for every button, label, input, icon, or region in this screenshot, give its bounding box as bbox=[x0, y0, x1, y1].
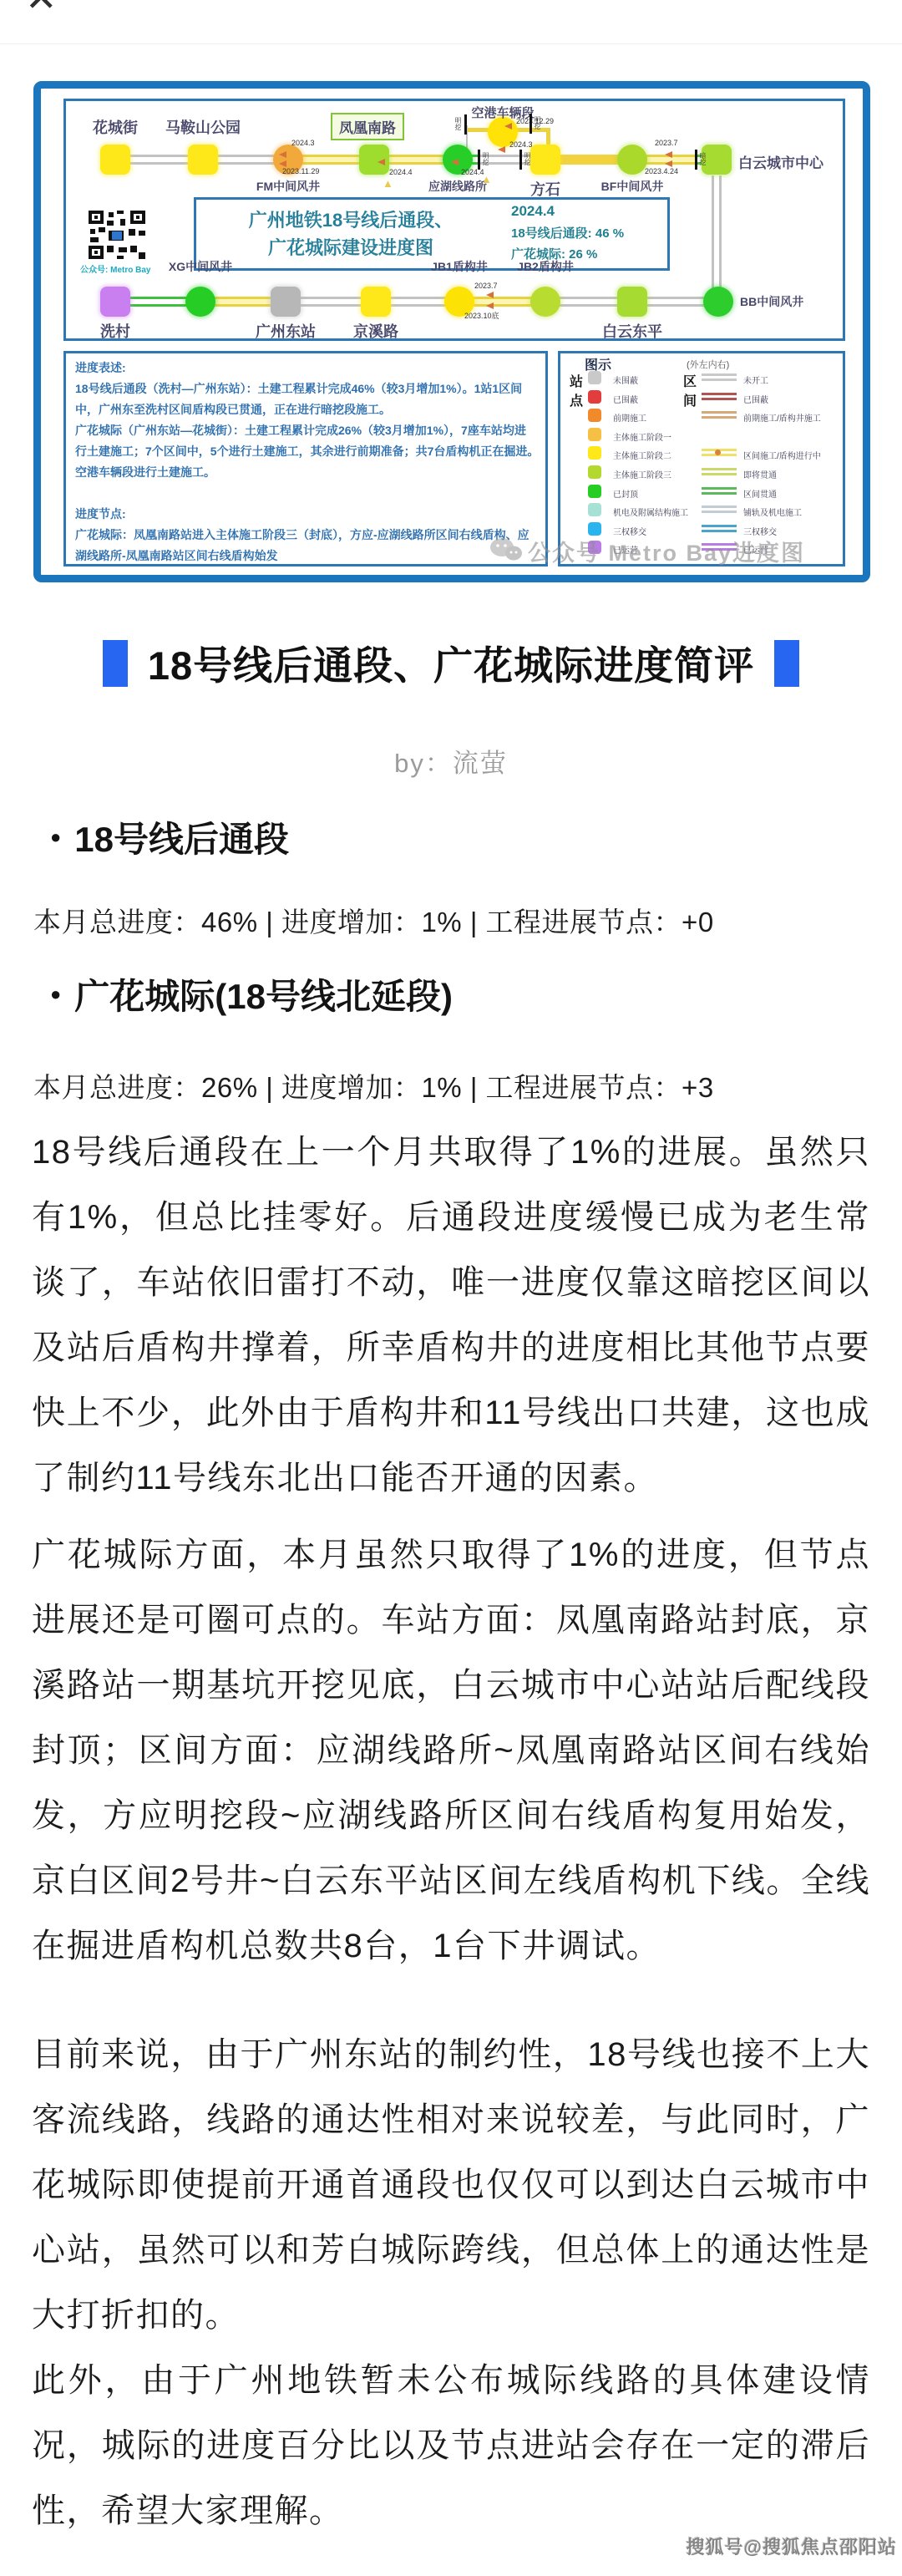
warning-triangle-icon: ▲ bbox=[383, 178, 393, 189]
station-node bbox=[617, 287, 647, 317]
station-label: 京溪路 bbox=[301, 320, 451, 342]
close-icon[interactable]: ✕ bbox=[25, 0, 58, 20]
progress-text-line: 广花城际（广州东站—花城街）：土建工程累计完成26%（较3月增加1%），7座车站… bbox=[75, 420, 536, 441]
station-node bbox=[188, 145, 218, 175]
progress-arrow-icon bbox=[665, 160, 672, 167]
progress-arrow-icon bbox=[279, 160, 286, 167]
legend-section-label: 铺轨及机电施工 bbox=[743, 506, 802, 518]
legend-section-group-label: 间 bbox=[683, 390, 697, 409]
legend-station-group-label: 点 bbox=[570, 390, 583, 409]
legend-station-swatch bbox=[588, 371, 601, 384]
legend-section-label: 已围蔽 bbox=[743, 393, 768, 405]
station-label: 白云城市中心 bbox=[738, 151, 823, 172]
station-node bbox=[185, 287, 215, 317]
legend-section-label: 未开工 bbox=[743, 373, 768, 386]
legend-station-label: 已封顶 bbox=[613, 487, 638, 500]
date-label: 2023.10底 bbox=[464, 310, 499, 321]
progress-arrow-icon bbox=[504, 123, 512, 130]
tick-mark bbox=[519, 150, 522, 170]
article-title: 18号线后通段、广花城际进度简评 bbox=[148, 635, 754, 691]
article-paragraph-1: 18号线后通段在上一个月共取得了1%的进展。虽然只有1%，但总比挂零好。后通段进… bbox=[32, 1120, 870, 1511]
legend-station-swatch bbox=[588, 390, 601, 404]
station-label: 马鞍山公园 bbox=[128, 116, 278, 138]
title-left-bar bbox=[103, 640, 128, 687]
progress-arrow-icon bbox=[378, 159, 385, 165]
progress-text-line: 行土建施工；7个区间中，5个进行土建施工，其余进行前期准备；共7台盾构机正在掘进… bbox=[75, 441, 536, 462]
progress-text-line: 湖线路所-凤凰南路站区间右线盾构始发 bbox=[75, 546, 536, 567]
legend-section-swatch bbox=[702, 506, 737, 513]
date-label: 2023.7 bbox=[474, 282, 498, 290]
station-label: 洗村 bbox=[40, 320, 190, 342]
legend-section-swatch bbox=[702, 393, 737, 400]
wechat-icon bbox=[489, 536, 523, 563]
tick-label: 明挖 bbox=[454, 117, 461, 130]
legend-station-swatch bbox=[588, 503, 601, 516]
article-paragraph-3: 目前来说，由于广州东站的制约性，18号线也接不上大客流线路，线路的通达性相对来说… bbox=[32, 2022, 870, 2348]
progress-description-text: 进度表述:18号线后通段（洗村—广州东站）：土建工程累计完成46%（较3月增加1… bbox=[75, 358, 536, 567]
progress-arrow-icon bbox=[486, 292, 494, 298]
legend-station-label: 主体施工阶段三 bbox=[613, 468, 671, 480]
stats-line18: 本月总进度：46% | 进度增加：1% | 工程进展节点：+0 bbox=[33, 901, 714, 940]
date-label: 2023.4.24 bbox=[645, 167, 678, 175]
date-label: 2023.7 bbox=[655, 139, 678, 147]
legend-station-label: 机电及附属结构施工 bbox=[613, 506, 688, 518]
legend-section-group-label: 区 bbox=[683, 371, 697, 390]
article-title-row: 18号线后通段、广花城际进度简评 bbox=[0, 635, 902, 691]
date-label: 2024.4 bbox=[389, 168, 413, 176]
date-label: 2024.3 bbox=[291, 139, 315, 147]
warning-triangle-icon: ▲ bbox=[481, 174, 492, 185]
legend-section-swatch bbox=[702, 487, 737, 495]
progress-arrow-icon bbox=[486, 302, 494, 309]
station-label: BB中间风井 bbox=[740, 293, 803, 310]
legend-section-swatch bbox=[702, 525, 737, 532]
legend-station-swatch bbox=[588, 446, 601, 460]
progress-arrow-icon bbox=[279, 151, 286, 158]
station-node bbox=[100, 145, 130, 175]
legend-section-label: 前期施工/盾构井施工 bbox=[743, 411, 821, 424]
station-label: 空港车辆段 bbox=[428, 104, 578, 121]
diagram-date: 2024.4 bbox=[511, 203, 555, 220]
tick-label: 明挖 bbox=[482, 152, 489, 165]
tick-label: 明挖 bbox=[534, 116, 540, 130]
station-label: BF中间风井 bbox=[557, 178, 707, 195]
tick-label: 明挖 bbox=[524, 152, 530, 165]
station-node bbox=[271, 287, 301, 317]
section-heading-guanghua: ● 广花城际(18号线北延段) bbox=[50, 969, 453, 1019]
station-node bbox=[100, 287, 130, 317]
progress-text-line: 进度节点: bbox=[75, 504, 536, 525]
progress-text-line bbox=[75, 483, 536, 504]
stats-guanghua: 本月总进度：26% | 进度增加：1% | 工程进展节点：+3 bbox=[33, 1066, 714, 1105]
tick-label: 暗挖 bbox=[699, 152, 706, 165]
bullet-icon: ● bbox=[50, 983, 61, 1005]
article-paragraph-2: 广花城际方面，本月虽然只取得了1%的进度，但节点进展还是可圈可点的。车站方面：凤… bbox=[32, 1522, 870, 1979]
station-label: FM中间风井 bbox=[213, 178, 363, 195]
legend-section-swatch bbox=[702, 411, 737, 419]
diagram-title-line2: 广花城际建设进度图 bbox=[210, 234, 491, 260]
legend-section-label: 区间贯通 bbox=[743, 487, 777, 500]
legend-section-swatch bbox=[702, 449, 737, 456]
title-right-bar bbox=[774, 640, 799, 687]
bullet-icon: ● bbox=[50, 826, 61, 848]
tick-mark bbox=[530, 114, 532, 134]
legend-station-label: 前期施工 bbox=[613, 411, 646, 424]
legend-station-label: 主体施工阶段二 bbox=[613, 449, 671, 461]
legend-station-group-label: 站 bbox=[570, 371, 583, 390]
progress-text-line: 空港车辆段进行土建施工。 bbox=[75, 462, 536, 483]
station-label: JB2盾构井 bbox=[470, 258, 621, 275]
station-label: XG中间风井 bbox=[125, 258, 276, 275]
station-node bbox=[361, 287, 391, 317]
legend-station-swatch bbox=[588, 465, 601, 479]
section-heading-line18: ● 18号线后通段 bbox=[50, 812, 289, 862]
divider bbox=[0, 43, 902, 44]
progress-text-line: 中，广州东至洗村区间盾构段已贯通，正在进行暗挖段施工。 bbox=[75, 399, 536, 420]
progress-arrow-icon bbox=[498, 146, 505, 153]
station-node bbox=[617, 145, 647, 175]
legend-station-swatch bbox=[588, 522, 601, 536]
progress-text-line: 18号线后通段（洗村—广州东站）：土建工程累计完成46%（较3月增加1%）。1站… bbox=[75, 379, 536, 399]
legend-station-swatch bbox=[588, 485, 601, 498]
sohu-watermark: 搜狐号@搜狐焦点邵阳站 bbox=[687, 2533, 897, 2559]
shield-dot-icon bbox=[715, 450, 721, 455]
diagram-title-line1: 广州地铁18号线后通段、 bbox=[210, 206, 491, 232]
diagram-watermark: 公众号 Metro Bay进度图 bbox=[528, 535, 805, 567]
date-label: 2024.3 bbox=[509, 140, 533, 149]
legend-section-swatch bbox=[702, 468, 737, 475]
legend-station-swatch bbox=[588, 409, 601, 422]
legend-section-swatch bbox=[702, 373, 737, 381]
station-node bbox=[530, 287, 560, 317]
legend-station-label: 已围蔽 bbox=[613, 393, 638, 405]
station-node bbox=[530, 145, 560, 175]
legend-section-label: 即将贯通 bbox=[743, 468, 777, 480]
station-label: 白云东平 bbox=[557, 320, 707, 342]
tick-mark bbox=[478, 150, 480, 170]
date-label: 2023.11.29 bbox=[282, 167, 319, 175]
diagram-stat-line18: 18号线后通段: 46 % bbox=[511, 224, 624, 241]
legend-note: (外左内右) bbox=[687, 358, 729, 371]
legend-station-label: 未围蔽 bbox=[613, 373, 638, 386]
qr-code bbox=[87, 209, 147, 261]
legend-station-label: 主体施工阶段一 bbox=[613, 430, 671, 443]
legend-station-swatch bbox=[588, 428, 601, 441]
branch-line bbox=[516, 128, 550, 132]
page: ✕ 公众号: Metro Bay 广州地铁18号线后通段、 广花城际建设进度图 bbox=[0, 0, 902, 2576]
station-label-boxed: 凤凰南路 bbox=[331, 113, 404, 140]
track-segment-vertical bbox=[712, 175, 722, 294]
progress-arrow-icon bbox=[451, 159, 459, 165]
tick-mark bbox=[695, 150, 697, 170]
progress-text-line: 进度表述: bbox=[75, 358, 536, 379]
station-node bbox=[703, 287, 733, 317]
progress-arrow-icon bbox=[665, 151, 672, 158]
article-paragraph-4: 此外，由于广州地铁暂未公布城际线路的具体建设情况，城际的进度百分比以及节点进站会… bbox=[32, 2348, 870, 2543]
tick-mark bbox=[464, 114, 467, 135]
legend-section-label: 区间施工/盾构进行中 bbox=[743, 449, 821, 461]
progress-text-line: 广花城际：凤凰南路站进入主体施工阶段三（封底），方应-应湖线路所区间右线盾构、应 bbox=[75, 525, 536, 546]
byline: by：流萤 bbox=[0, 742, 902, 780]
